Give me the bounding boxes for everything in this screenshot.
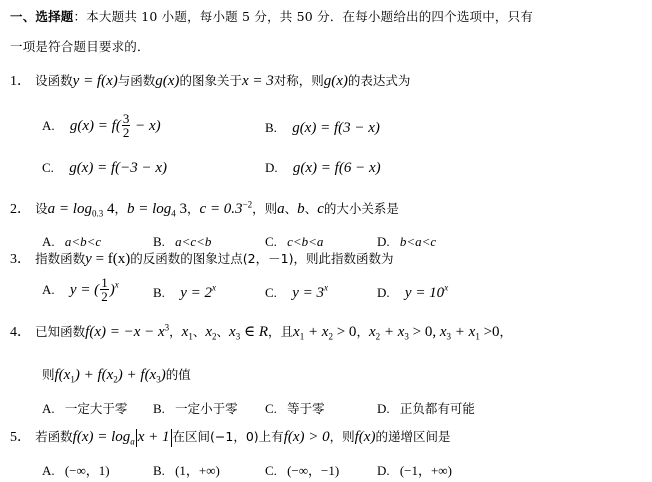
- stem-text: 设: [35, 201, 48, 216]
- stem-text: ，且: [268, 324, 293, 339]
- option-label: A.: [42, 282, 55, 297]
- math-expr: g(x): [324, 73, 348, 89]
- math-expr: a<c<b: [175, 234, 211, 249]
- option-label: D.: [377, 285, 390, 300]
- math-expr: b = log: [127, 201, 171, 217]
- math-expr: x: [440, 324, 447, 340]
- question-4-stem-2: 则f(x1) + f(x2) + f(x3)的值: [42, 366, 191, 385]
- superscript: x: [212, 283, 216, 293]
- math-expr: ) + f(x: [75, 367, 113, 383]
- math-expr: g(x) = f(: [70, 118, 121, 134]
- stem-text: 与函数: [118, 73, 156, 88]
- question-2-stem: 2． 设a = log0.3 4，b = log4 3，c = 0.3−2，则a…: [10, 200, 399, 219]
- math-expr: a<b<c: [65, 234, 101, 249]
- stem-text: 、: [305, 201, 318, 216]
- separator: ，: [169, 324, 182, 339]
- abs-bar-left: [136, 429, 137, 447]
- fraction-denominator: 2: [100, 290, 109, 303]
- section-intro-line-2: 一项是符合题目要求的．: [10, 38, 150, 56]
- option-label: A.: [42, 463, 55, 478]
- math-expr: 4: [103, 201, 114, 217]
- math-expr: = f(x): [92, 251, 130, 267]
- fraction: 32: [122, 112, 131, 139]
- math-expr: c: [317, 201, 324, 217]
- math-expr: f(x) = log: [73, 429, 131, 445]
- separator: ，: [187, 201, 200, 216]
- stem-text: 指数函数: [35, 251, 85, 266]
- option-label: B.: [153, 401, 165, 416]
- math-expr: b: [297, 201, 305, 217]
- stem-text: 若函数: [35, 429, 73, 444]
- question-1-option-c: C. g(x) = f(−3 − x): [42, 157, 167, 177]
- option-text: 一定小于零: [175, 401, 238, 416]
- math-expr: x + 1: [138, 429, 170, 445]
- option-label: C.: [265, 234, 277, 249]
- math-expr: > 0: [409, 324, 432, 340]
- option-label: A.: [42, 401, 55, 416]
- subscript: a: [130, 437, 135, 447]
- separator: 、: [217, 324, 230, 339]
- fraction-numerator: 1: [100, 276, 109, 290]
- stem-text: 设函数: [35, 73, 73, 88]
- option-label: B.: [153, 285, 165, 300]
- stem-text: 的值: [166, 367, 191, 382]
- math-expr: y = (: [70, 282, 99, 298]
- math-expr: c = 0.3: [200, 201, 243, 217]
- math-expr: y = f(x): [73, 73, 118, 89]
- math-expr: g(x) = f(6 − x): [293, 160, 381, 176]
- math-expr: x: [293, 324, 300, 340]
- math-expr: >0: [480, 324, 500, 340]
- superscript: x: [115, 280, 119, 290]
- math-expr: f(x): [355, 429, 376, 445]
- question-4-option-d: D. 正负都有可能: [377, 398, 475, 417]
- math-expr: y: [85, 251, 92, 267]
- option-text: 正负都有可能: [400, 401, 475, 416]
- option-label: A.: [42, 118, 55, 133]
- option-label: C.: [265, 285, 277, 300]
- math-expr: g(x) = f(−3 − x): [69, 160, 167, 176]
- option-label: C.: [265, 463, 277, 478]
- stem-text: ，则: [330, 429, 355, 444]
- option-text: (−∞，−1): [287, 463, 339, 478]
- question-2-option-b: B. a<c<b: [153, 231, 211, 250]
- question-3-option-b: B. y = 2x: [153, 282, 216, 302]
- stem-text: 的表达式为: [348, 73, 411, 88]
- math-expr: + x: [380, 324, 404, 340]
- stem-text: 的大小关系是: [324, 201, 399, 216]
- stem-text: 、: [285, 201, 298, 216]
- question-4-option-b: B. 一定小于零: [153, 398, 238, 417]
- question-4-option-a: A. 一定大于零: [42, 398, 127, 417]
- separator: 、: [193, 324, 206, 339]
- question-5-stem: 5． 若函数f(x) = logax + 1在区间(−1，0)上有f(x) > …: [10, 428, 450, 447]
- question-1-option-a: A. g(x) = f(32 − x): [42, 112, 161, 139]
- math-expr: f(x) > 0: [284, 429, 330, 445]
- stem-text: 在区间(−1，0)上有: [173, 429, 284, 444]
- question-4-stem: 4． 已知函数f(x) = −x − x3，x1、x2、x3 ∈ R，且x1 +…: [10, 323, 512, 342]
- math-expr: + x: [304, 324, 328, 340]
- stem-text: 的图象关于: [179, 73, 242, 88]
- math-expr: x: [369, 324, 376, 340]
- math-expr: 3: [176, 201, 187, 217]
- math-expr: g(x): [155, 73, 179, 89]
- math-expr: c<b<a: [287, 234, 323, 249]
- superscript: x: [324, 283, 328, 293]
- math-expr: y = 10: [405, 285, 444, 301]
- fraction-denominator: 2: [122, 126, 131, 139]
- question-3-option-a: A. y = (12)x: [42, 276, 119, 303]
- question-3-stem: 3． 指数函数y = f(x)的反函数的图象过点(2，－1)，则此指数函数为: [10, 250, 393, 269]
- option-label: A.: [42, 234, 55, 249]
- question-number: 2．: [10, 202, 31, 217]
- question-1-option-d: D. g(x) = f(6 − x): [265, 157, 381, 177]
- math-expr: x = 3: [242, 73, 274, 89]
- section-heading: 一、选择题: [10, 9, 74, 24]
- math-expr: f(x: [55, 367, 71, 383]
- stem-text: ，则: [252, 201, 277, 216]
- fraction: 12: [100, 276, 109, 303]
- separator: ，: [114, 201, 127, 216]
- math-expr: > 0: [333, 324, 356, 340]
- math-expr: a = log: [48, 201, 92, 217]
- math-expr: f(x) = −x − x: [85, 324, 165, 340]
- option-label: D.: [377, 463, 390, 478]
- stem-text: 的递增区间是: [375, 429, 450, 444]
- option-label: B.: [265, 120, 277, 135]
- question-number: 5．: [10, 430, 31, 445]
- section-intro-line-1: 一、选择题：本大题共 10 小题，每小题 5 分，共 50 分．在每小题给出的四…: [10, 8, 533, 26]
- question-2-option-c: C. c<b<a: [265, 231, 323, 250]
- question-1-option-b: B. g(x) = f(3 − x): [265, 117, 380, 137]
- math-expr: b<a<c: [400, 234, 436, 249]
- subscript: 0.3: [92, 209, 103, 219]
- math-expr: + x: [451, 324, 475, 340]
- question-number: 4．: [10, 325, 31, 340]
- option-label: D.: [265, 160, 278, 175]
- question-2-option-a: A. a<b<c: [42, 231, 101, 250]
- option-text: (−1，+∞): [400, 463, 452, 478]
- question-5-option-a: A. (−∞，1): [42, 460, 110, 479]
- separator: ，: [500, 324, 513, 339]
- question-5-option-d: D. (−1，+∞): [377, 460, 452, 479]
- math-expr: a: [277, 201, 285, 217]
- option-label: C.: [265, 401, 277, 416]
- stem-text: 对称，则: [274, 73, 324, 88]
- stem-text: 则: [42, 367, 55, 382]
- stem-text: 的反函数的图象过点(2，－1)，则此指数函数为: [130, 251, 393, 266]
- question-5-option-b: B. (1，+∞): [153, 460, 220, 479]
- math-expr: ∈ R: [240, 324, 268, 340]
- math-expr: ) + f(x: [118, 367, 156, 383]
- option-text: (−∞，1): [65, 463, 110, 478]
- abs-bar-right: [171, 429, 172, 447]
- question-4-option-c: C. 等于零: [265, 398, 325, 417]
- question-1-stem: 1． 设函数y = f(x)与函数g(x)的图象关于x = 3对称，则g(x)的…: [10, 72, 410, 91]
- separator: ，: [356, 324, 369, 339]
- fraction-numerator: 3: [122, 112, 131, 126]
- option-label: B.: [153, 234, 165, 249]
- question-5-option-c: C. (−∞，−1): [265, 460, 339, 479]
- option-label: C.: [42, 160, 54, 175]
- question-3-option-d: D. y = 10x: [377, 282, 448, 302]
- question-2-option-d: D. b<a<c: [377, 231, 436, 250]
- stem-text: 已知函数: [35, 324, 85, 339]
- question-number: 3．: [10, 252, 31, 267]
- math-expr: x: [229, 324, 236, 340]
- option-label: B.: [153, 463, 165, 478]
- option-text: 一定大于零: [65, 401, 128, 416]
- option-text: (1，+∞): [175, 463, 220, 478]
- superscript: x: [444, 283, 448, 293]
- option-label: D.: [377, 401, 390, 416]
- math-expr: y = 2: [180, 285, 212, 301]
- math-expr: g(x) = f(3 − x): [292, 120, 380, 136]
- option-label: D.: [377, 234, 390, 249]
- section-intro-text: ：本大题共 10 小题，每小题 5 分，共 50 分．在每小题给出的四个选项中，…: [74, 9, 534, 24]
- question-3-option-c: C. y = 3x: [265, 282, 328, 302]
- option-text: 等于零: [287, 401, 325, 416]
- math-expr: y = 3: [292, 285, 324, 301]
- math-expr: − x): [131, 118, 160, 134]
- question-number: 1．: [10, 74, 31, 89]
- superscript: −2: [243, 200, 253, 210]
- separator: ,: [432, 324, 440, 340]
